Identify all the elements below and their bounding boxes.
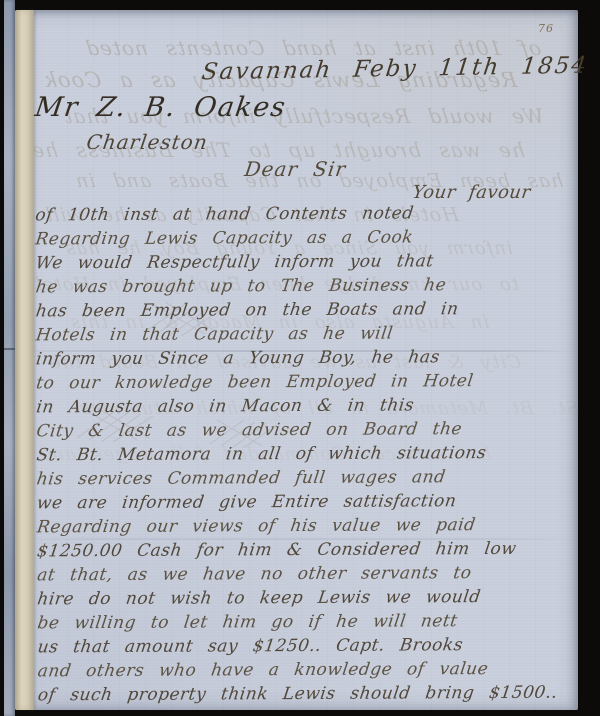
- letter-line-text: of 10th inst at hand Contents noted: [34, 201, 415, 227]
- salutation-text: Dear Sir: [243, 157, 348, 181]
- letter-text-layer: Savannah Feby 11th 1854 Mr Z. B. Oakes C…: [15, 10, 578, 710]
- scanned-letter-page: of 10th inst at hand Contents notedRegar…: [0, 0, 600, 716]
- letter-line-text: We would Respectfully inform you that: [34, 249, 435, 275]
- adjacent-page-edge: [4, 0, 15, 716]
- letter-line-text: he was brought up to The Business he: [34, 273, 448, 299]
- letter-line-text: inform you Since a Young Boy, he has: [35, 345, 442, 371]
- letter-line: $1250.00 Cash for him & Considered him l…: [35, 537, 566, 564]
- letter-line-text: at that, as we have no other servants to: [36, 561, 473, 587]
- letter-recipient: Mr Z. B. Oakes: [33, 92, 284, 123]
- letter-body: of 10th inst at hand Contents notedRegar…: [34, 201, 568, 708]
- letter-dateline: Savannah Feby 11th 1854: [200, 53, 587, 86]
- letter-recipient-city: Charleston: [85, 130, 206, 154]
- dateline-text: Savannah Feby 11th 1854: [200, 53, 589, 86]
- letter-line-text: has been Employed on the Boats and in: [34, 297, 460, 323]
- letter-paper: of 10th inst at hand Contents notedRegar…: [15, 10, 578, 710]
- letter-line-text: be willing to let him go if he will nett: [36, 609, 459, 635]
- recipient-text: Mr Z. B. Oakes: [33, 92, 288, 123]
- letter-line: inform you Since a Young Boy, he has: [34, 345, 565, 372]
- letter-line: St. Bt. Metamora in all of which situati…: [35, 441, 566, 468]
- letter-line-text: $1250.00 Cash for him & Considered him l…: [36, 537, 518, 564]
- recipient-city-text: Charleston: [85, 130, 209, 154]
- letter-line-text: to our knowledge been Employed in Hotel: [35, 369, 475, 395]
- letter-line: Regarding Lewis Capacity as a Cook: [34, 225, 565, 252]
- letter-line-text: in Augusta also in Macon & in this: [35, 393, 416, 419]
- letter-line: We would Respectfully inform you that: [34, 249, 565, 276]
- letter-line-text: us that amount say $1250.. Capt. Brooks: [36, 633, 465, 659]
- letter-line: us that amount say $1250.. Capt. Brooks: [36, 633, 567, 660]
- letter-line: at that, as we have no other servants to: [36, 561, 567, 588]
- letter-line: and others who have a knowledge of value: [36, 657, 567, 684]
- letter-line: of such property think Lewis should brin…: [36, 681, 567, 708]
- letter-line: be willing to let him go if he will nett: [36, 609, 567, 636]
- letter-line-text: of such property think Lewis should brin…: [36, 681, 559, 708]
- letter-line: City & last as we advised on Board the: [35, 417, 566, 444]
- letter-line-text: Regarding our views of his value we paid: [35, 513, 477, 539]
- letter-line: in Augusta also in Macon & in this: [35, 393, 566, 420]
- letter-line: Regarding our views of his value we paid: [35, 513, 566, 540]
- letter-line-text: St. Bt. Metamora in all of which situati…: [35, 441, 488, 467]
- letter-line: we are informed give Entire sattisfactio…: [35, 489, 566, 516]
- letter-line-text: hire do not wish to keep Lewis we would: [36, 585, 482, 611]
- letter-opening-phrase: Your favour: [411, 182, 529, 203]
- letter-line-text: Hotels in that Capacity as he will: [34, 322, 394, 348]
- letter-line: he was brought up to The Business he: [34, 273, 565, 300]
- letter-salutation: Dear Sir: [243, 157, 344, 181]
- letter-line-text: City & last as we advised on Board the: [35, 417, 464, 443]
- letter-line: Hotels in that Capacity as he will: [34, 321, 565, 348]
- letter-line: hire do not wish to keep Lewis we would: [36, 585, 567, 612]
- letter-line-text: Regarding Lewis Capacity as a Cook: [34, 225, 415, 251]
- letter-line: his services Commanded full wages and: [35, 465, 566, 492]
- letter-line: has been Employed on the Boats and in: [34, 297, 565, 324]
- letter-line-text: we are informed give Entire sattisfactio…: [35, 489, 458, 515]
- opening-text: Your favour: [411, 182, 532, 203]
- letter-line: to our knowledge been Employed in Hotel: [35, 369, 566, 396]
- letter-line-text: his services Commanded full wages and: [35, 465, 447, 491]
- letter-line: of 10th inst at hand Contents noted: [34, 201, 565, 228]
- letter-line-text: and others who have a knowledge of value: [36, 657, 490, 683]
